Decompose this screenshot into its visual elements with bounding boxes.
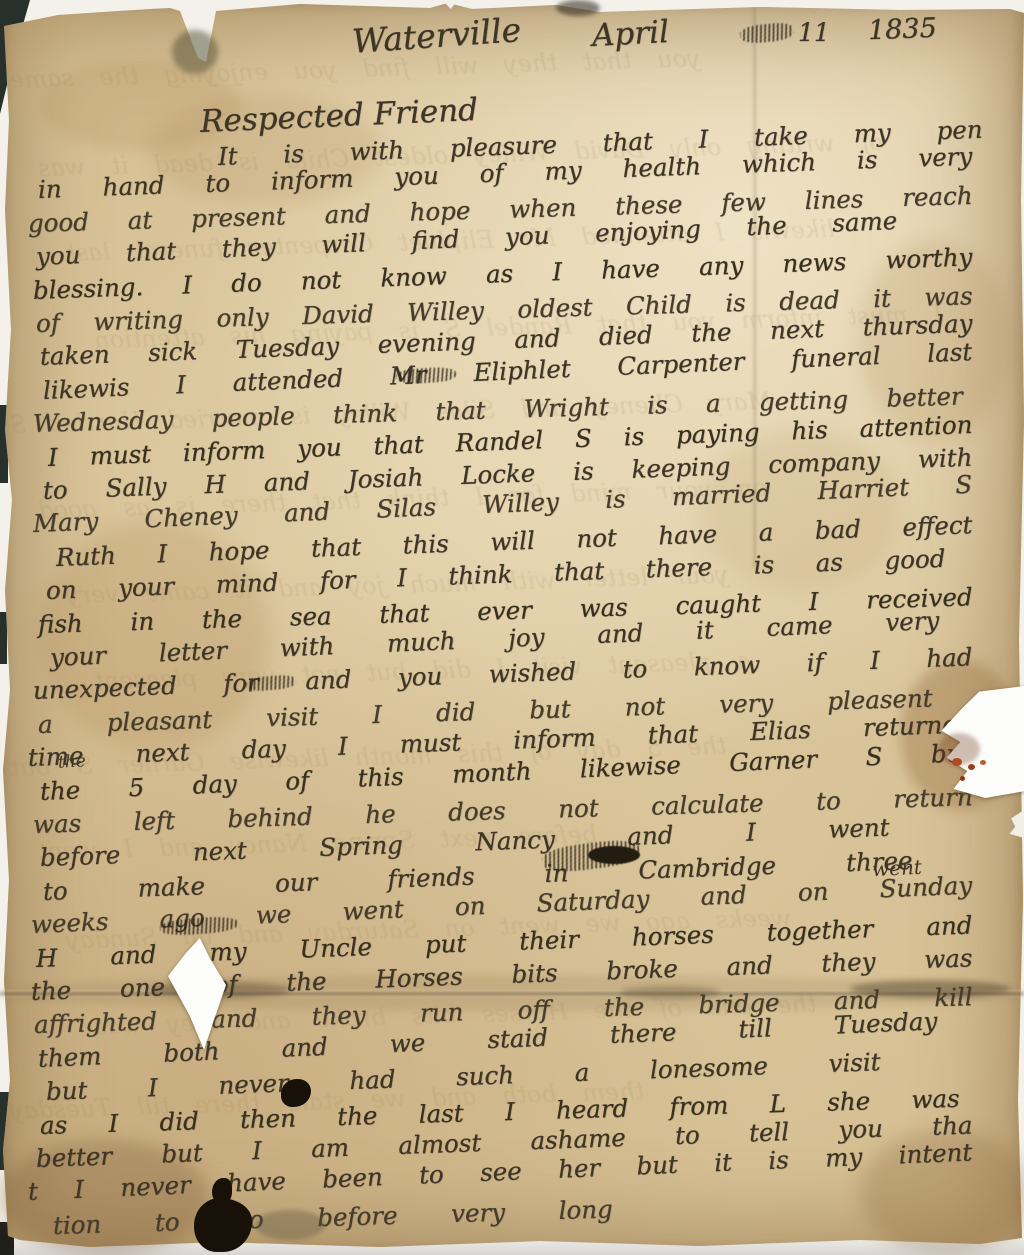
wax-seal-residue (980, 760, 986, 765)
date-month: April (591, 14, 670, 54)
ink-smudge (556, 0, 600, 16)
inserted-word: the (57, 751, 86, 772)
handwriting-layer: Waterville April 11 1835 Respected Frien… (0, 0, 1024, 1255)
ink-blot (588, 846, 640, 864)
wax-seal-residue (952, 758, 962, 766)
date-year: 1835 (867, 13, 937, 46)
wax-seal-residue (960, 776, 965, 781)
place-name: Waterville (351, 10, 522, 61)
tear-hole (168, 938, 226, 1050)
salutation: Respected Friend (199, 92, 478, 140)
letter-scan: you that they will find you enjoying the… (0, 0, 1024, 1255)
tear-hole (938, 686, 1024, 798)
inserted-word: went (871, 855, 922, 882)
date-day: 11 (798, 18, 830, 47)
wax-seal-residue (968, 764, 975, 770)
